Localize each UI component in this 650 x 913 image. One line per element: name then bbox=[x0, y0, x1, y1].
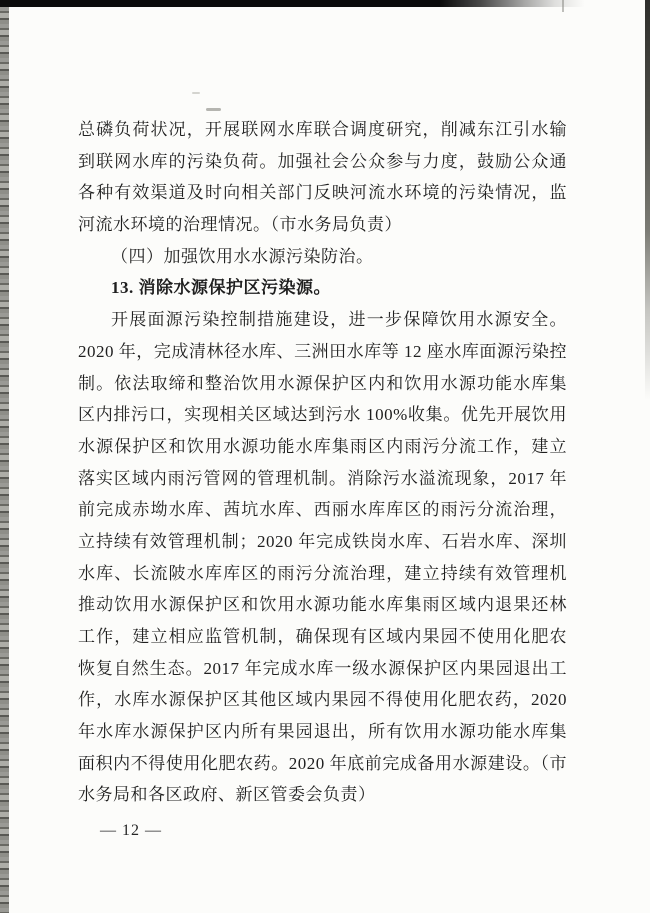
subsection-heading: （四）加强饮用水水源污染防治。 bbox=[78, 241, 567, 273]
text-line: 区内排污口，实现相关区域达到污水 100%收集。优先开展饮用 bbox=[78, 399, 567, 431]
text-line: 河流水环境的治理情况。（市水务局负责） bbox=[78, 209, 567, 241]
text-line: 各种有效渠道及时向相关部门反映河流水环境的污染情况，监督 bbox=[78, 177, 567, 209]
scanned-document-page: 总磷负荷状况，开展联网水库联合调度研究，削减东江引水输入 到联网水库的污染负荷。… bbox=[0, 0, 650, 913]
text-line: 立持续有效管理机制；2020 年完成铁岗水库、石岩水库、深圳 bbox=[78, 526, 567, 558]
text-line: 水源保护区和饮用水源功能水库集雨区内雨污分流工作，建立并 bbox=[78, 431, 567, 463]
text-line: 工作，建立相应监管机制，确保现有区域内果园不使用化肥农药， bbox=[78, 621, 567, 653]
scan-edge-right bbox=[645, 0, 650, 400]
text-line: 落实区域内雨污管网的管理机制。消除污水溢流现象，2017 年 bbox=[78, 463, 567, 495]
text-line: 水务局和各区政府、新区管委会负责） bbox=[78, 779, 567, 811]
scan-artifact-dot bbox=[192, 92, 200, 94]
text-line: 恢复自然生态。2017 年完成水库一级水源保护区内果园退出工 bbox=[78, 653, 567, 685]
text-line: 2020 年，完成清林径水库、三洲田水库等 12 座水库面源污染控 bbox=[78, 336, 567, 368]
body-text: 总磷负荷状况，开展联网水库联合调度研究，削减东江引水输入 到联网水库的污染负荷。… bbox=[78, 114, 567, 811]
text-line: 前完成赤坳水库、茜坑水库、西丽水库库区的雨污分流治理，建 bbox=[78, 494, 567, 526]
scan-edge-top bbox=[0, 0, 585, 7]
numbered-heading: 13. 消除水源保护区污染源。 bbox=[78, 272, 567, 304]
scan-edge-left bbox=[0, 7, 9, 913]
text-line: 制。依法取缔和整治饮用水源保护区内和饮用水源功能水库集雨 bbox=[78, 368, 567, 400]
text-line: 水库、长流陂水库库区的雨污分流治理，建立持续有效管理机制。 bbox=[78, 558, 567, 590]
text-line: 开展面源污染控制措施建设，进一步保障饮用水源安全。 bbox=[78, 304, 567, 336]
text-line: 总磷负荷状况，开展联网水库联合调度研究，削减东江引水输入 bbox=[78, 114, 567, 146]
scan-artifact-tick bbox=[562, 0, 564, 12]
scan-artifact-smudge bbox=[206, 108, 221, 111]
text-line: 到联网水库的污染负荷。加强社会公众参与力度，鼓励公众通过 bbox=[78, 146, 567, 178]
page-number: — 12 — bbox=[100, 820, 162, 842]
text-line: 年水库水源保护区内所有果园退出，所有饮用水源功能水库集雨 bbox=[78, 716, 567, 748]
text-line: 推动饮用水源保护区和饮用水源功能水库集雨区域内退果还林 bbox=[78, 589, 567, 621]
text-line: 作，水库水源保护区其他区域内果园不得使用化肥农药，2020 bbox=[78, 684, 567, 716]
text-line: 面积内不得使用化肥农药。2020 年底前完成备用水源建设。（市 bbox=[78, 748, 567, 780]
